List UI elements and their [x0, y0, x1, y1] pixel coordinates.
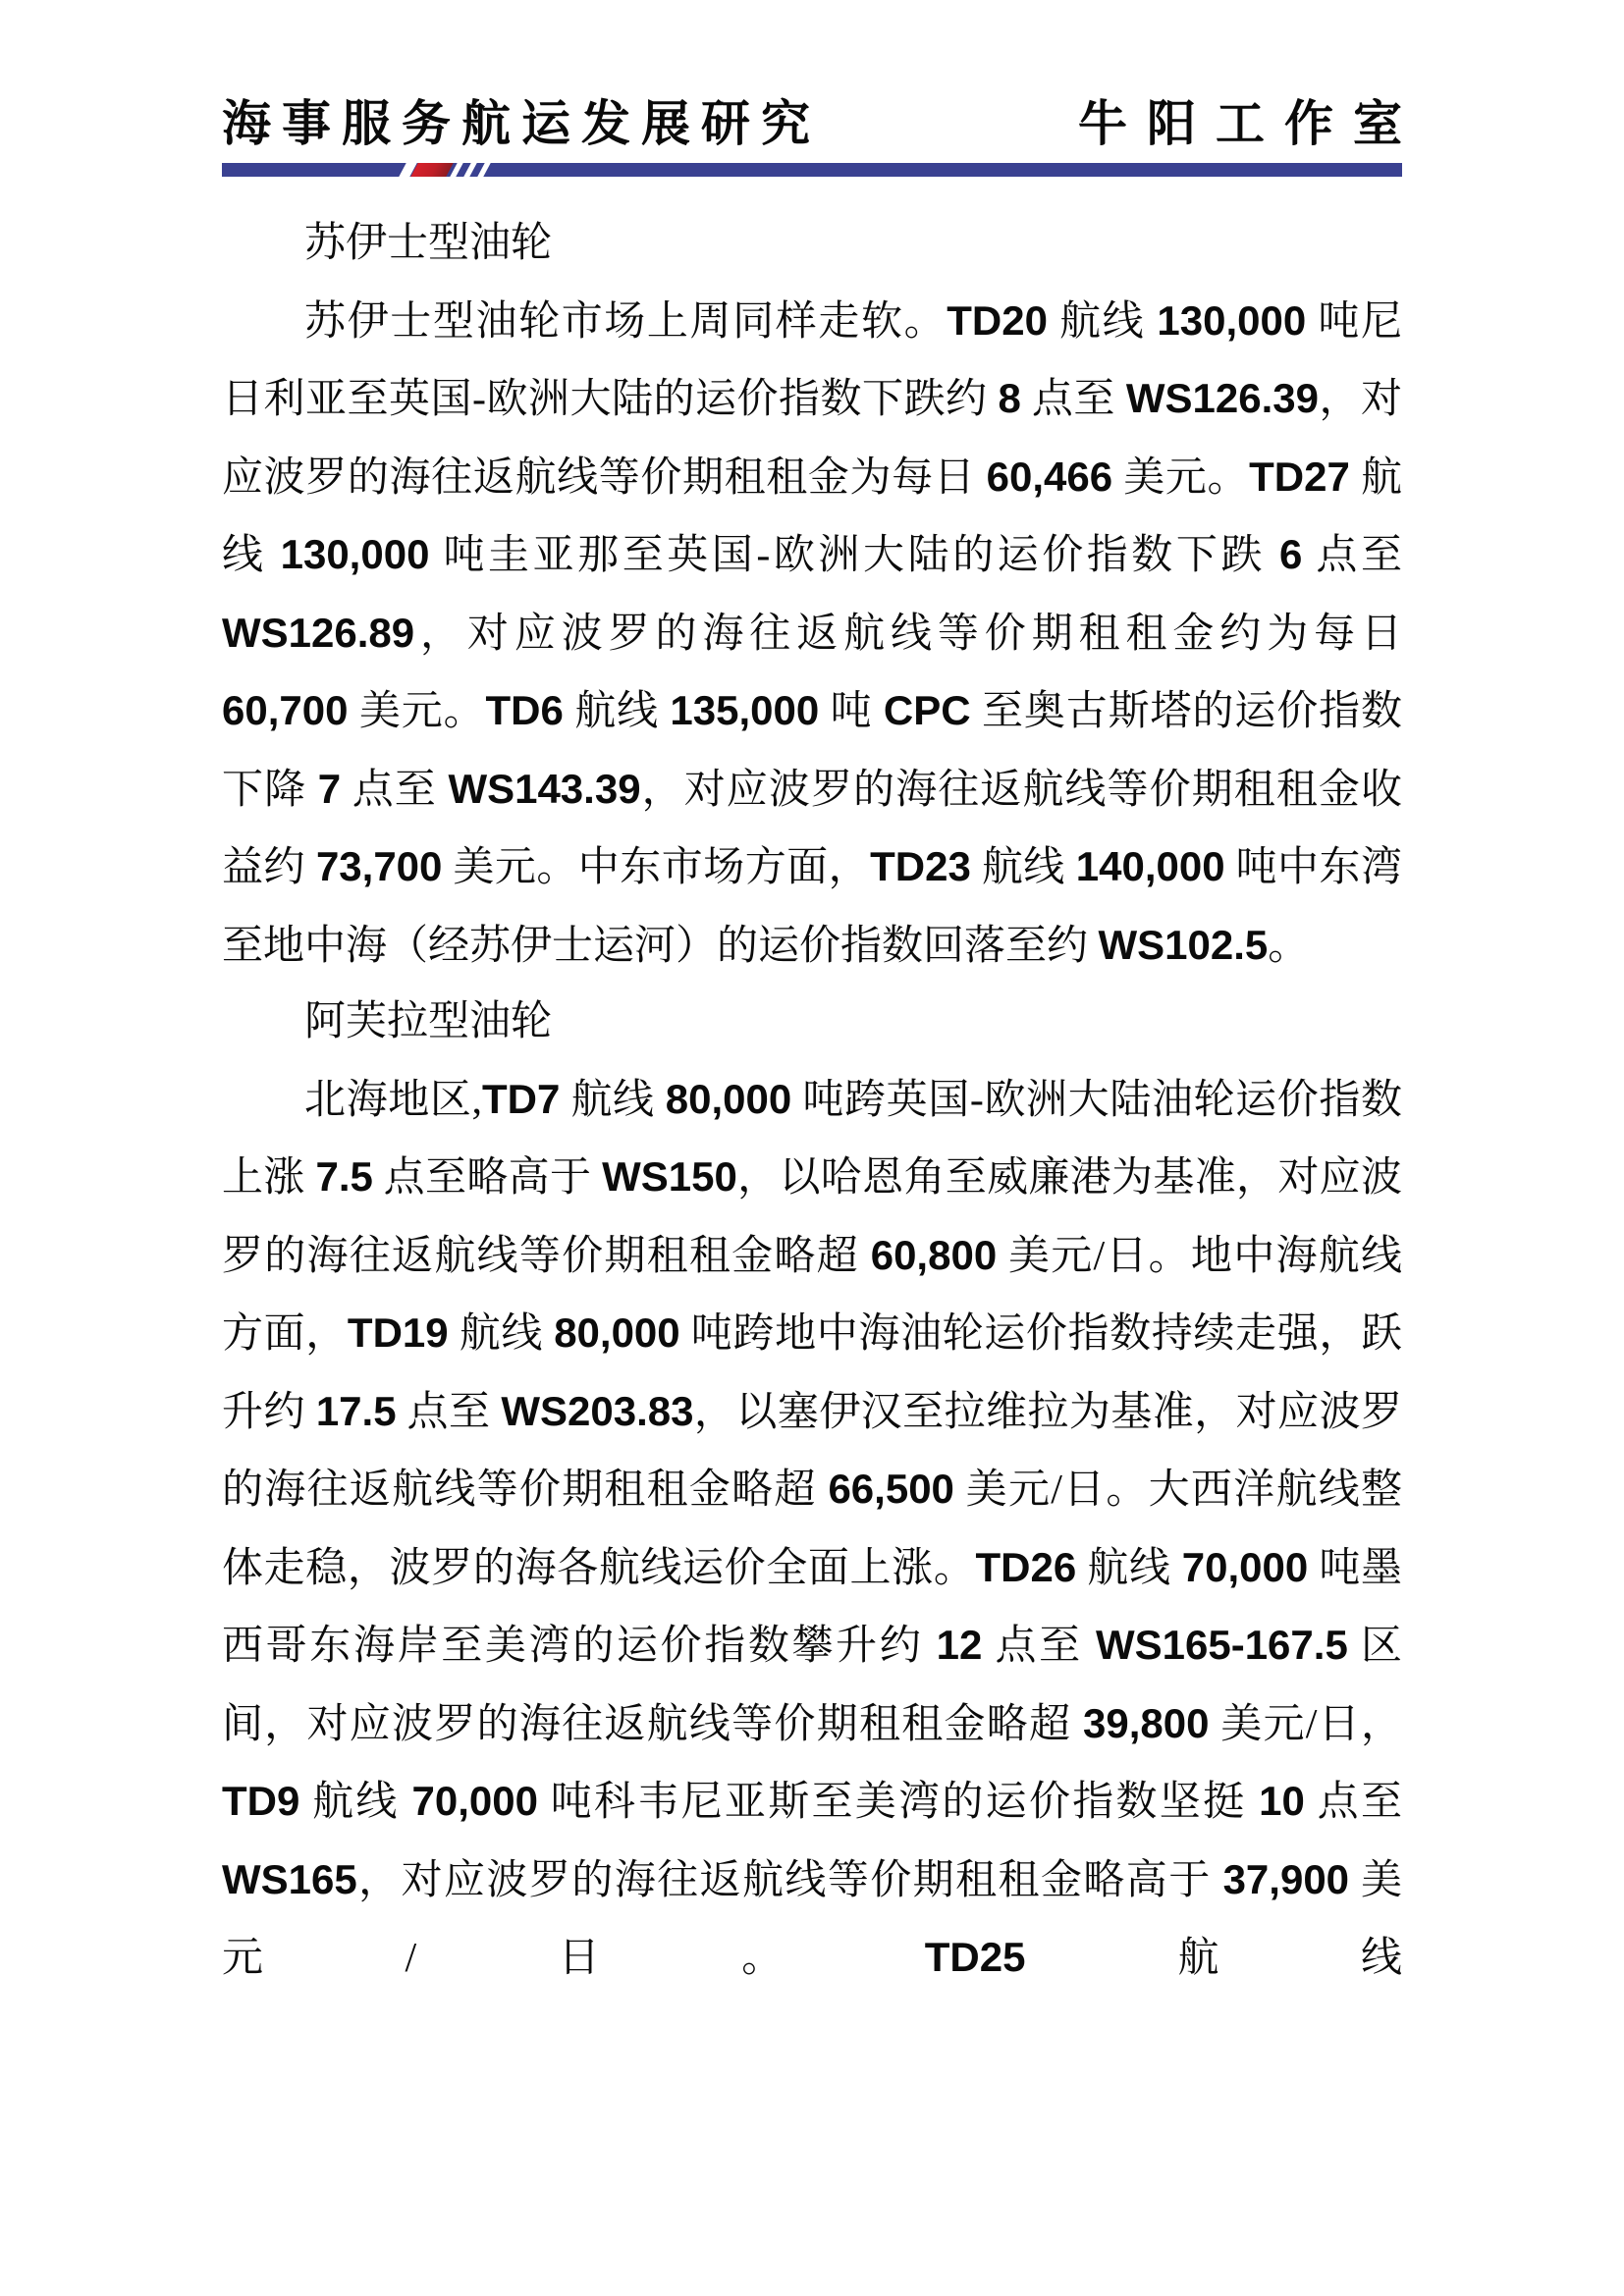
section-paragraph-suezmax: 苏伊士型油轮市场上周同样走软。TD20 航线 130,000 吨尼日利亚至英国-… [222, 283, 1402, 986]
header-studio-name: 牛阳工作室 [1078, 96, 1422, 151]
page-content: 海事服务航运发展研究 牛阳工作室 苏伊士型油轮 苏伊士型油轮市场上周同样走软。T… [222, 0, 1402, 1998]
red-slash-icon [410, 163, 453, 177]
divider-stripe-icon [463, 163, 476, 177]
page-header: 海事服务航运发展研究 牛阳工作室 [222, 96, 1402, 151]
section-heading-suezmax: 苏伊士型油轮 [222, 206, 1402, 283]
divider-stripe-icon [477, 163, 490, 177]
article-body: 苏伊士型油轮 苏伊士型油轮市场上周同样走软。TD20 航线 130,000 吨尼… [222, 206, 1402, 1998]
header-title: 海事服务航运发展研究 [222, 96, 821, 151]
section-paragraph-aframax: 北海地区,TD7 航线 80,000 吨跨英国-欧洲大陆油轮运价指数上涨 7.5… [222, 1061, 1402, 1998]
header-divider-bar [222, 163, 1402, 177]
section-heading-aframax: 阿芙拉型油轮 [222, 985, 1402, 1061]
document-page: 海事服务航运发展研究 牛阳工作室 苏伊士型油轮 苏伊士型油轮市场上周同样走软。T… [0, 0, 1624, 2296]
